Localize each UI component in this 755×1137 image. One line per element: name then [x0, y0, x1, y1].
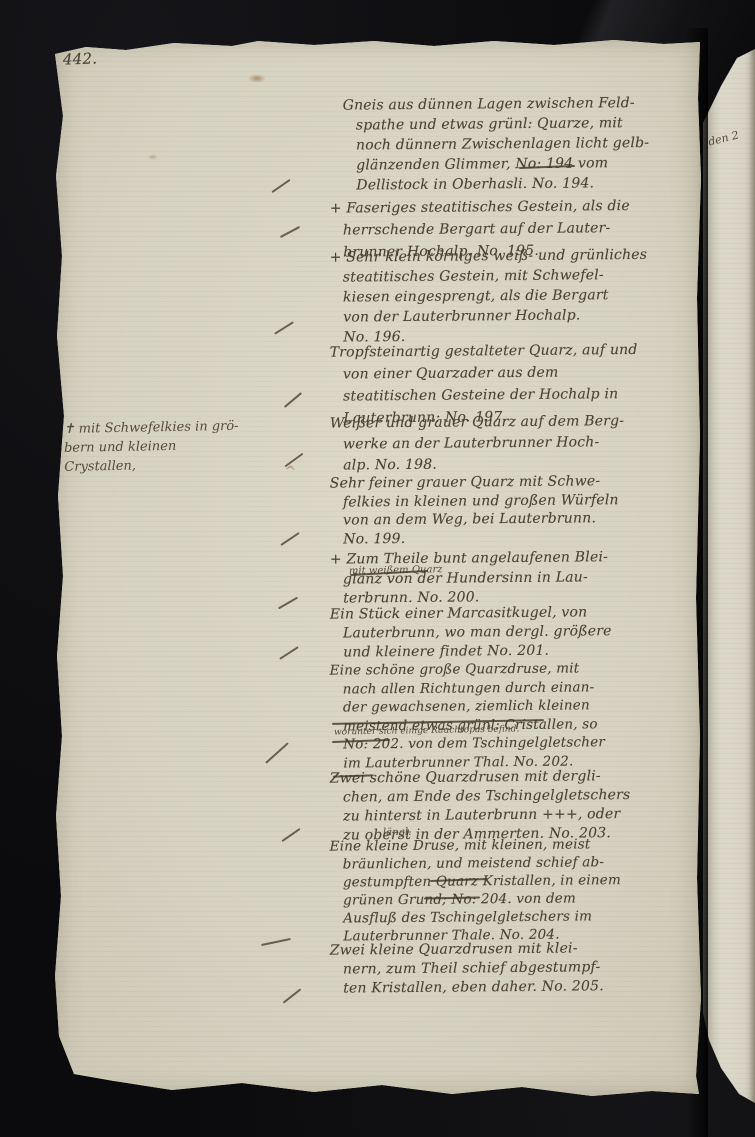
catalog-entry-no-196: + Sehr klein körniges weiß- und grünlich…: [330, 244, 704, 347]
paper-stain: [148, 154, 158, 160]
catalog-entry-no-200: + Zum Theile bunt angelaufenen Blei- gla…: [330, 547, 703, 609]
catalog-entry-no-204: Eine kleine Druse, mit kleinen, meist br…: [330, 834, 704, 945]
catalog-entry-no-201: Ein Stück einer Marcasitkugel, von Laute…: [330, 602, 703, 662]
paper-stain: [248, 74, 266, 83]
red-pencil-caret-mark: ^: [283, 467, 300, 478]
scanned-manuscript-photo: den 2 442. ✝ mit Schwefelkies in grö- be…: [0, 0, 755, 1137]
catalog-entry-no-198: Weißer und grauer Quarz auf dem Berg- we…: [330, 410, 704, 476]
catalog-entry-no-199: Sehr feiner grauer Quarz mit Schwe- felk…: [330, 471, 704, 548]
catalog-entry-no-202: Eine schöne große Quarzdruse, mit nach a…: [330, 658, 704, 772]
catalog-entry-no-205: Zwei kleine Quarzdrusen mit klei- nern, …: [330, 938, 703, 998]
page-number: 442.: [63, 49, 98, 68]
margin-annotation: ✝ mit Schwefelkies in grö- bern und klei…: [64, 416, 275, 477]
adjacent-page-edge: [703, 28, 755, 1137]
interlinear-insertion: längl.: [383, 828, 412, 838]
catalog-entry-no-194: Gneis aus dünnen Lagen zwischen Feld- sp…: [343, 92, 717, 195]
